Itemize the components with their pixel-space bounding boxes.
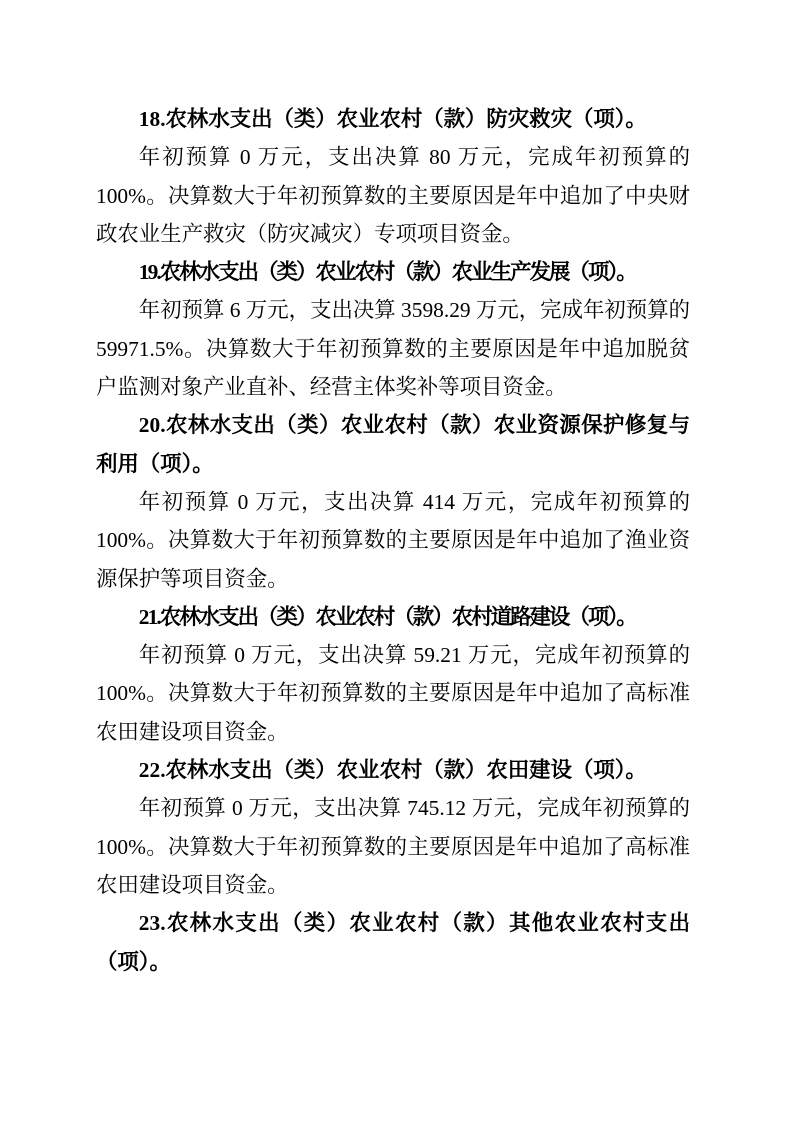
- item-20-heading: 20.农林水支出（类）农业农村（款）农业资源保护修复与利用（项）。: [96, 406, 690, 483]
- document-page: 18.农林水支出（类）农业农村（款）防灾救灾（项）。 年初预算 0 万元，支出决…: [0, 0, 793, 1122]
- budget-item-22: 22.农林水支出（类）农业农村（款）农田建设（项）。 年初预算 0 万元，支出决…: [96, 751, 690, 904]
- budget-item-20: 20.农林水支出（类）农业农村（款）农业资源保护修复与利用（项）。 年初预算 0…: [96, 406, 690, 597]
- item-21-paragraph: 年初预算 0 万元，支出决算 59.21 万元，完成年初预算的 100%。决算数…: [96, 636, 690, 751]
- item-19-heading: 19.农林水支出（类）农业农村（款）农业生产发展（项）。: [96, 253, 690, 291]
- item-19-paragraph: 年初预算 6 万元，支出决算 3598.29 万元，完成年初预算的 59971.…: [96, 291, 690, 406]
- item-21-heading: 21.农林水支出（类）农业农村（款）农村道路建设（项）。: [96, 598, 690, 636]
- budget-item-21: 21.农林水支出（类）农业农村（款）农村道路建设（项）。 年初预算 0 万元，支…: [96, 598, 690, 751]
- item-23-heading: 23.农林水支出（类）农业农村（款）其他农业农村支出（项）。: [96, 904, 690, 981]
- budget-item-23: 23.农林水支出（类）农业农村（款）其他农业农村支出（项）。: [96, 904, 690, 981]
- item-22-paragraph: 年初预算 0 万元，支出决算 745.12 万元，完成年初预算的 100%。决算…: [96, 789, 690, 904]
- item-20-paragraph: 年初预算 0 万元，支出决算 414 万元，完成年初预算的 100%。决算数大于…: [96, 483, 690, 598]
- item-18-heading: 18.农林水支出（类）农业农村（款）防灾救灾（项）。: [96, 100, 690, 138]
- item-18-paragraph: 年初预算 0 万元，支出决算 80 万元，完成年初预算的 100%。决算数大于年…: [96, 138, 690, 253]
- budget-item-18: 18.农林水支出（类）农业农村（款）防灾救灾（项）。 年初预算 0 万元，支出决…: [96, 100, 690, 253]
- item-22-heading: 22.农林水支出（类）农业农村（款）农田建设（项）。: [96, 751, 690, 789]
- budget-item-19: 19.农林水支出（类）农业农村（款）农业生产发展（项）。 年初预算 6 万元，支…: [96, 253, 690, 406]
